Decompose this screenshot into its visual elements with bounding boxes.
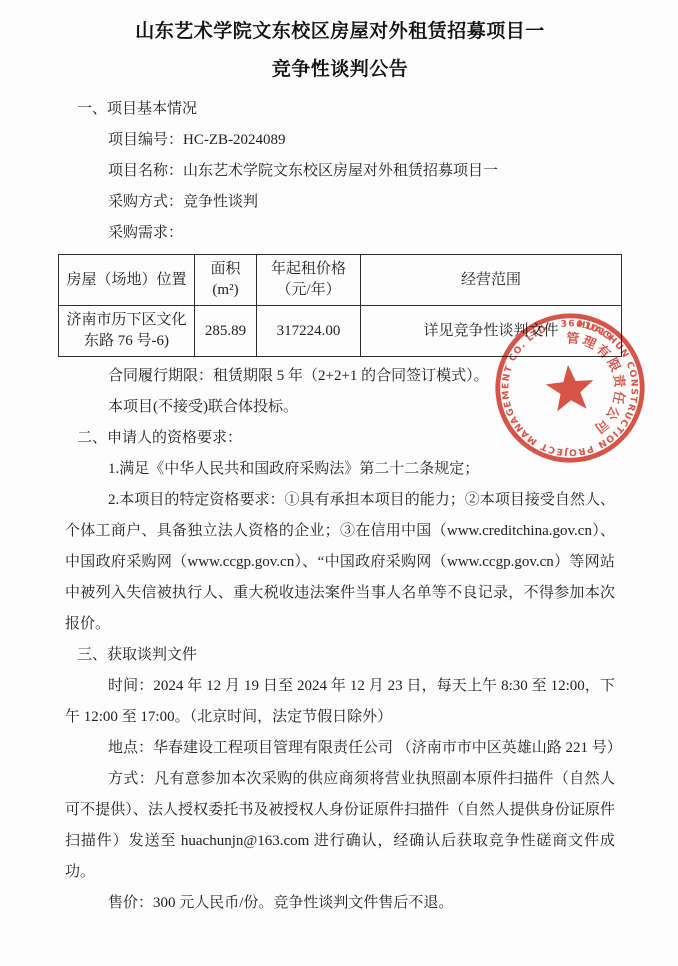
qualification-item-2: 2.本项目的特定资格要求：①具有承担本项目的能力；②本项目接受自然人、个体工商户… [65,485,615,640]
project-number: 项目编号：HC-ZB-2024089 [65,125,615,156]
consortium-note: 本项目(不接受)联合体投标。 [65,392,615,423]
section-3-heading: 三、获取谈判文件 [65,640,615,671]
document-content: 山东艺术学院文东校区房屋对外租赁招募项目一 竞争性谈判公告 一、项目基本情况 项… [65,13,615,919]
title-line-1: 山东艺术学院文东校区房屋对外租赁招募项目一 [65,13,615,51]
table-header-row: 房屋（场地）位置 面积 (m²) 年起租价格 （元/年） 经营范围 [59,255,622,306]
cell-location: 济南市历下区文化东路 76 号-6) [59,306,195,357]
contract-term: 合同履行期限：租赁期限 5 年（2+2+1 的合同签订模式）。 [65,361,615,392]
obtain-method: 方式：凡有意参加本次采购的供应商须将营业执照副本原件扫描件（自然人可不提供）、法… [65,764,615,888]
project-name: 项目名称：山东艺术学院文东校区房屋对外租赁招募项目一 [65,156,615,187]
procurement-demand-table: 房屋（场地）位置 面积 (m²) 年起租价格 （元/年） 经营范围 济南市历下区… [58,254,622,357]
announcement-page: 山东艺术学院文东校区房屋对外租赁招募项目一 竞争性谈判公告 一、项目基本情况 项… [0,0,678,966]
cell-price: 317224.00 [257,306,361,357]
col-header-location: 房屋（场地）位置 [59,255,195,306]
document-title: 山东艺术学院文东校区房屋对外租赁招募项目一 竞争性谈判公告 [65,13,615,89]
col-header-price-line1: 年起租价格 [259,259,358,280]
col-header-price-line2: （元/年） [259,280,358,301]
document-price: 售价：300 元人民币/份。竞争性谈判文件售后不退。 [65,888,615,919]
col-header-area-line1: 面积 [197,259,254,280]
procurement-demand: 采购需求： [65,218,615,249]
col-header-area: 面积 (m²) [195,255,257,306]
cell-scope: 详见竞争性谈判文件 [361,306,622,357]
obtain-place: 地点：华春建设工程项目管理有限责任公司 （济南市市中区英雄山路 221 号） [65,733,615,764]
cell-area: 285.89 [195,306,257,357]
section-2-heading: 二、申请人的资格要求： [65,423,615,454]
document-body: 一、项目基本情况 项目编号：HC-ZB-2024089 项目名称：山东艺术学院文… [65,94,615,919]
col-header-price: 年起租价格 （元/年） [257,255,361,306]
obtain-time: 时间：2024 年 12 月 19 日至 2024 年 12 月 23 日，每天… [65,671,615,733]
col-header-scope: 经营范围 [361,255,622,306]
section-1-heading: 一、项目基本情况 [65,94,615,125]
title-line-2: 竞争性谈判公告 [65,51,615,89]
qualification-item-1: 1.满足《中华人民共和国政府采购法》第二十二条规定； [65,454,615,485]
procurement-method: 采购方式：竞争性谈判 [65,187,615,218]
col-header-area-line2: (m²) [197,280,254,301]
table-row: 济南市历下区文化东路 76 号-6) 285.89 317224.00 详见竞争… [59,306,622,357]
